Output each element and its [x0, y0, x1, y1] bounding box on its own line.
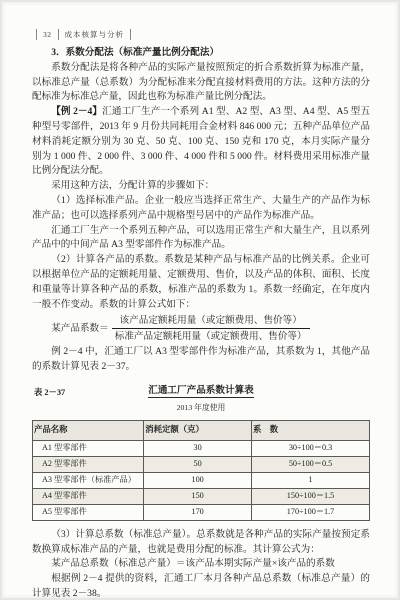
formula-lhs: 某产品系数＝: [51, 322, 109, 335]
page-content: 3．系数分配法（标准产量比例分配法） 系数分配法是将各种产品的实际产量按照预定的…: [32, 46, 370, 598]
paragraph-step1-application: 汇通工厂生产一个系列五种产品，可以选用正常生产和大量生产，且以系列产品中的中间产…: [32, 224, 370, 254]
cell-coefficient: 1: [252, 472, 370, 488]
paragraph-example: 【例 2－4】汇通工厂生产一个系列 A1 型、A2 型、A3 型、A4 型、A5…: [32, 105, 370, 179]
coefficient-table: 产品名称 消耗定额（克） 系 数 A1 型零部件 30 30÷100＝0.3 A…: [32, 420, 370, 521]
section-heading: 3．系数分配法（标准产量比例分配法）: [32, 46, 370, 61]
table-row: A3 型零部件（标准产品） 100 1: [33, 472, 370, 488]
header-divider: [130, 29, 131, 40]
cell-quota: 30: [144, 440, 252, 456]
cell-product-name: A3 型零部件（标准产品）: [33, 472, 144, 488]
cell-product-name: A4 型零部件: [33, 488, 144, 504]
table-row: A2 型零部件 50 50÷100＝0.5: [33, 456, 370, 472]
table-caption: 表 2－37 汇通工厂产品系数计算表: [32, 384, 370, 399]
column-header-quota: 消耗定额（克）: [144, 420, 252, 440]
table-label: 表 2－37: [34, 386, 65, 401]
paragraph-step3: （3）计算总系数（标准总产量）。总系数就是各种产品的实际产量按预定系数换算成标准…: [32, 528, 370, 558]
paragraph-table-reference: 例 2－4 中，汇通工厂以 A3 型零部件作为标准产品，其系数为 1，其他产品的…: [32, 345, 370, 375]
cell-product-name: A2 型零部件: [33, 456, 144, 472]
paragraph-steps-intro: 采用这种方法，分配计算的步骤如下：: [32, 179, 370, 194]
table-row: A1 型零部件 30 30÷100＝0.3: [33, 440, 370, 456]
paragraph-step1: （1）选择标准产品。企业一般应当选择正常生产、大量生产的产品作为标准产品；也可以…: [32, 194, 370, 224]
column-header-product: 产品名称: [33, 420, 144, 440]
formula-denominator: 标准产品定额耗用量（或定额费用、售价等）: [112, 329, 310, 343]
paragraph-intro: 系数分配法是将各种产品的实际产量按照预定的折合系数折算为标准产量，以标准总产量（…: [32, 61, 370, 105]
table-row: A5 型零部件 170 170÷100＝1.7: [33, 504, 370, 520]
paragraph-table38-reference: 根据例 2－4 提供的资料，汇通工厂本月各种产品总系数（标准总产量）的计算见表 …: [32, 572, 370, 598]
table-subtitle: 2013 年度使用: [32, 401, 370, 416]
paragraph-step2: （2）计算各产品的系数。系数是某种产品与标准产品的比例关系。企业可以根据单位产品…: [32, 253, 370, 312]
header-divider: [58, 29, 59, 40]
formula-numerator: 该产品定额耗用量（或定额费用、售价等）: [112, 314, 310, 329]
coefficient-formula: 某产品系数＝ 该产品定额耗用量（或定额费用、售价等） 标准产品定额耗用量（或定额…: [51, 314, 370, 343]
table-row: A4 型零部件 150 150÷100＝1.5: [33, 488, 370, 504]
cell-coefficient: 50÷100＝0.5: [252, 456, 370, 472]
cell-product-name: A1 型零部件: [33, 440, 144, 456]
table-title: 汇通工厂产品系数计算表: [32, 384, 370, 399]
cell-coefficient: 150÷100＝1.5: [252, 488, 370, 504]
cell-quota: 170: [144, 504, 252, 520]
book-title: 成本核算与分析: [65, 29, 125, 40]
cell-product-name: A5 型零部件: [33, 504, 144, 520]
cell-coefficient: 170÷100＝1.7: [252, 504, 370, 520]
total-coefficient-formula: 某产品总系数（标准总产量）＝该产品本期实际产量×该产品的系数: [32, 557, 370, 572]
table-header-row: 产品名称 消耗定额（克） 系 数: [33, 420, 370, 440]
table-title-text: 汇通工厂产品系数计算表: [148, 385, 254, 398]
cell-quota: 150: [144, 488, 252, 504]
running-header: 32 成本核算与分析: [30, 28, 137, 40]
page-number: 32: [43, 30, 52, 39]
column-header-coefficient: 系 数: [252, 420, 370, 440]
example-label: 【例 2－4】: [51, 106, 102, 117]
book-page: 32 成本核算与分析 3．系数分配法（标准产量比例分配法） 系数分配法是将各种产…: [2, 2, 398, 598]
cell-quota: 100: [144, 472, 252, 488]
cell-coefficient: 30÷100＝0.3: [252, 440, 370, 456]
header-divider: [36, 29, 37, 40]
cell-quota: 50: [144, 456, 252, 472]
formula-fraction: 该产品定额耗用量（或定额费用、售价等） 标准产品定额耗用量（或定额费用、售价等）: [112, 314, 310, 343]
